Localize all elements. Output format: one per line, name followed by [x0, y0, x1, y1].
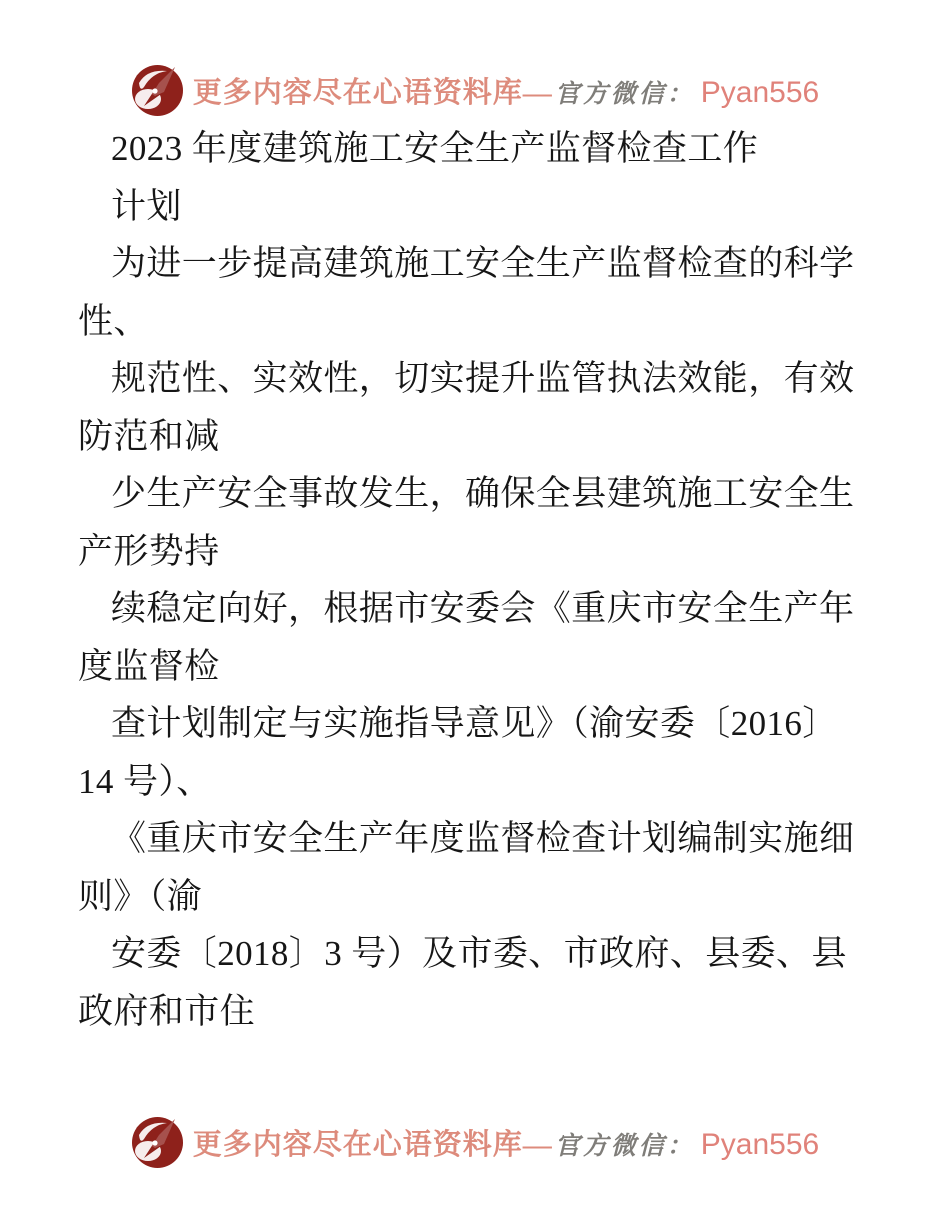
- text-line: 政府和市住: [78, 983, 890, 1041]
- footer-watermark: 更多内容尽在心语资料库 — 官方微信： Pyan556: [0, 1114, 950, 1170]
- watermark-channel-label: 官方微信：: [553, 1126, 695, 1162]
- document-body: 2023 年度建筑施工安全生产监督检查工作计划为进一步提高建筑施工安全生产监督检…: [78, 120, 890, 1040]
- text-line: 计划: [78, 178, 890, 236]
- text-line: 防范和减: [78, 408, 890, 466]
- text-line: 为进一步提高建筑施工安全生产监督检查的科学: [78, 235, 890, 293]
- watermark-channel-label: 官方微信：: [553, 74, 695, 110]
- text-line: 续稳定向好，根据市安委会《重庆市安全生产年: [78, 580, 890, 638]
- brand-pen-logo-icon: [131, 64, 184, 117]
- text-line: 则》（渝: [78, 868, 890, 926]
- text-line: 产形势持: [78, 523, 890, 581]
- document-page: 更多内容尽在心语资料库 — 官方微信： Pyan556 2023 年度建筑施工安…: [0, 0, 950, 1230]
- watermark-brand-text: 更多内容尽在心语资料库: [193, 70, 523, 111]
- footer-watermark-text: 更多内容尽在心语资料库 — 官方微信： Pyan556: [193, 1122, 819, 1163]
- header-watermark-text: 更多内容尽在心语资料库 — 官方微信： Pyan556: [193, 70, 819, 111]
- watermark-dash: —: [523, 77, 553, 110]
- text-line: 2023 年度建筑施工安全生产监督检查工作: [78, 120, 890, 178]
- text-line: 查计划制定与实施指导意见》（渝安委〔2016〕: [78, 695, 890, 753]
- text-line: 度监督检: [78, 638, 890, 696]
- text-line: 规范性、实效性，切实提升监管执法效能，有效: [78, 350, 890, 408]
- watermark-dash: —: [523, 1129, 553, 1162]
- text-line: 14 号）、: [78, 753, 890, 811]
- text-line: 性、: [78, 293, 890, 351]
- text-line: 安委〔2018〕3 号）及市委、市政府、县委、县: [78, 925, 890, 983]
- watermark-wechat-id: Pyan556: [695, 1128, 819, 1162]
- text-line: 《重庆市安全生产年度监督检查计划编制实施细: [78, 810, 890, 868]
- brand-pen-logo-icon: [131, 1116, 184, 1169]
- text-line: 少生产安全事故发生，确保全县建筑施工安全生: [78, 465, 890, 523]
- watermark-brand-text: 更多内容尽在心语资料库: [193, 1122, 523, 1163]
- header-watermark: 更多内容尽在心语资料库 — 官方微信： Pyan556: [0, 62, 950, 118]
- watermark-wechat-id: Pyan556: [695, 76, 819, 110]
